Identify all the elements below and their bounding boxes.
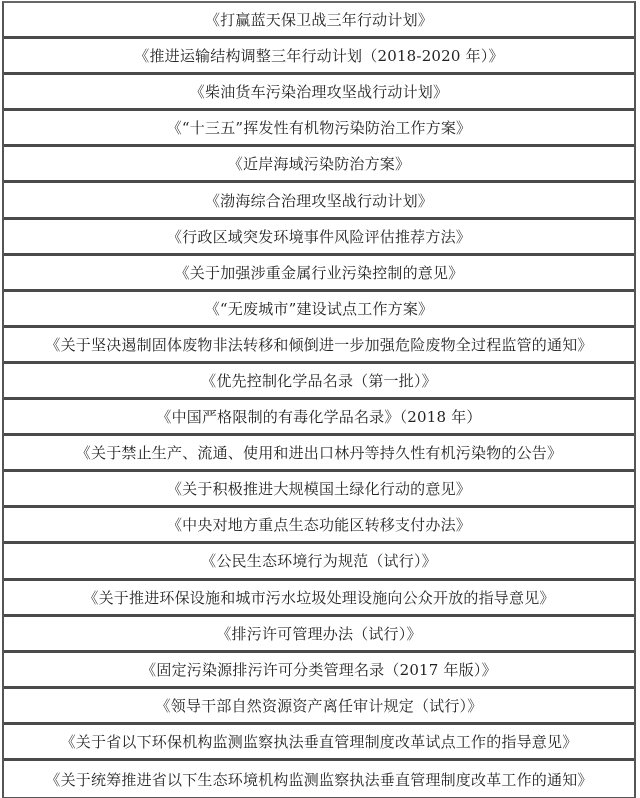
table-row: 《优先控制化学品名录（第一批）》 <box>4 364 634 400</box>
table-row: 《“无废城市”建设试点工作方案》 <box>4 292 634 328</box>
table-row: 《行政区域突发环境事件风险评估推荐方法》 <box>4 220 634 256</box>
table-row: 《近岸海域污染防治方案》 <box>4 147 634 183</box>
document-title: 《柴油货车污染治理攻坚战行动计划》 <box>190 81 448 102</box>
table-row: 《“十三五”挥发性有机物污染防治工作方案》 <box>4 111 634 147</box>
document-title: 《中央对地方重点生态功能区转移支付办法》 <box>167 514 471 535</box>
document-title: 《行政区域突发环境事件风险评估推荐方法》 <box>167 226 471 247</box>
table-row: 《中国严格限制的有毒化学品名录》（2018 年） <box>4 400 634 436</box>
table-row: 《排污许可管理办法（试行）》 <box>4 617 634 653</box>
table-row: 《关于禁止生产、流通、使用和进出口林丹等持久性有机污染物的公告》 <box>4 436 634 472</box>
table-row: 《柴油货车污染治理攻坚战行动计划》 <box>4 75 634 111</box>
document-title: 《领导干部自然资源资产离任审计规定（试行）》 <box>156 695 483 716</box>
table-row: 《领导干部自然资源资产离任审计规定（试行）》 <box>4 689 634 725</box>
document-title: 《“十三五”挥发性有机物污染防治工作方案》 <box>167 117 472 138</box>
table-row: 《公民生态环境行为规范（试行）》 <box>4 544 634 580</box>
document-title: 《关于加强涉重金属行业污染控制的意见》 <box>175 262 464 283</box>
document-title: 《关于坚决遏制固体废物非法转移和倾倒进一步加强危险废物全过程监管的通知》 <box>45 334 592 355</box>
table-row: 《推进运输结构调整三年行动计划（2018-2020 年）》 <box>4 39 634 75</box>
table-row: 《关于省以下环保机构监测监察执法垂直管理制度改革试点工作的指导意见》 <box>4 725 634 761</box>
table-row: 《渤海综合治理攻坚战行动计划》 <box>4 183 634 219</box>
document-title: 《关于推进环保设施和城市污水垃圾处理设施向公众开放的指导意见》 <box>83 587 554 608</box>
document-title: 《关于统筹推进省以下生态环境机构监测监察执法垂直管理制度改革工作的通知》 <box>45 769 592 790</box>
document-title: 《固定污染源排污许可分类管理名录（2017 年版）》 <box>141 659 497 680</box>
document-title: 《关于积极推进大规模国土绿化行动的意见》 <box>167 478 471 499</box>
table-row: 《关于坚决遏制固体废物非法转移和倾倒进一步加强危险废物全过程监管的通知》 <box>4 328 634 364</box>
document-title: 《近岸海域污染防治方案》 <box>228 153 410 174</box>
table-row: 《打赢蓝天保卫战三年行动计划》 <box>4 3 634 39</box>
document-list-table: 《打赢蓝天保卫战三年行动计划》 《推进运输结构调整三年行动计划（2018-202… <box>2 1 636 798</box>
table-row: 《关于推进环保设施和城市污水垃圾处理设施向公众开放的指导意见》 <box>4 581 634 617</box>
document-title: 《渤海综合治理攻坚战行动计划》 <box>205 190 433 211</box>
document-title: 《打赢蓝天保卫战三年行动计划》 <box>205 9 433 30</box>
document-title: 《中国严格限制的有毒化学品名录》（2018 年） <box>156 406 481 427</box>
table-row: 《关于积极推进大规模国土绿化行动的意见》 <box>4 472 634 508</box>
table-row: 《固定污染源排污许可分类管理名录（2017 年版）》 <box>4 653 634 689</box>
document-title: 《关于省以下环保机构监测监察执法垂直管理制度改革试点工作的指导意见》 <box>61 731 578 752</box>
document-title: 《公民生态环境行为规范（试行）》 <box>201 550 437 571</box>
document-title: 《“无废城市”建设试点工作方案》 <box>205 298 434 319</box>
document-title: 《关于禁止生产、流通、使用和进出口林丹等持久性有机污染物的公告》 <box>76 442 562 463</box>
table-row: 《关于统筹推进省以下生态环境机构监测监察执法垂直管理制度改革工作的通知》 <box>4 761 634 797</box>
document-title: 《推进运输结构调整三年行动计划（2018-2020 年）》 <box>134 45 504 66</box>
document-title: 《优先控制化学品名录（第一批）》 <box>201 370 437 391</box>
table-row: 《关于加强涉重金属行业污染控制的意见》 <box>4 256 634 292</box>
table-row: 《中央对地方重点生态功能区转移支付办法》 <box>4 508 634 544</box>
document-title: 《排污许可管理办法（试行）》 <box>216 623 421 644</box>
